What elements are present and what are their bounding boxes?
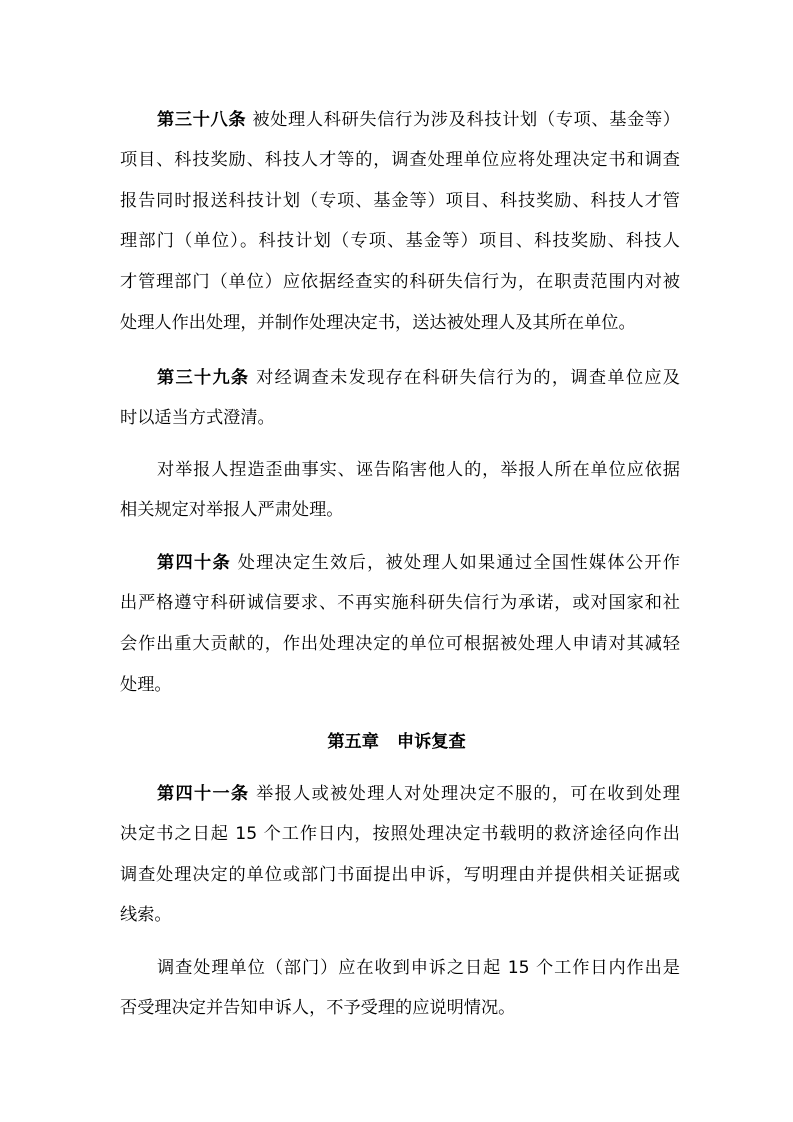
article-38-title: 第三十八条	[157, 110, 246, 130]
article-40-title: 第四十条	[157, 553, 231, 573]
article-38-line-3: 报告同时报送科技计划（专项、基金等）项目、科技奖励、科技人才管	[120, 189, 680, 213]
article-41-line-4: 线索。	[120, 903, 680, 927]
text: 被处理人科研失信行为涉及科技计划（专项、基金等）	[246, 110, 680, 130]
article-39-para2-line-1: 对举报人捏造歪曲事实、诬告陷害他人的，举报人所在单位应依据	[157, 458, 680, 482]
chapter-heading: 第五章申诉复查	[0, 730, 793, 754]
article-38-line-4: 理部门（单位）。科技计划（专项、基金等）项目、科技奖励、科技人	[120, 229, 680, 253]
article-39-line-2: 时以适当方式澄清。	[120, 406, 680, 430]
article-39-title: 第三十九条	[157, 368, 249, 388]
article-41-title: 第四十一条	[157, 784, 249, 804]
article-40-line-4: 处理。	[120, 673, 680, 697]
article-38-line-6: 处理人作出处理，并制作处理决定书，送达被处理人及其所在单位。	[120, 311, 680, 335]
text: 处理决定生效后，被处理人如果通过全国性媒体公开作	[231, 553, 680, 573]
article-41-para2-line-1: 调查处理单位（部门）应在收到申诉之日起 15 个工作日内作出是	[157, 956, 680, 980]
article-41-line-3: 调查处理决定的单位或部门书面提出申诉，写明理由并提供相关证据或	[120, 863, 680, 887]
article-41-line-1: 第四十一条 举报人或被处理人对处理决定不服的，可在收到处理	[157, 782, 680, 806]
article-40-line-1: 第四十条 处理决定生效后，被处理人如果通过全国性媒体公开作	[157, 551, 680, 575]
article-39-line-1: 第三十九条 对经调查未发现存在科研失信行为的，调查单位应及	[157, 366, 680, 390]
article-41-para2-line-2: 否受理决定并告知申诉人，不予受理的应说明情况。	[120, 996, 680, 1020]
article-40-line-2: 出严格遵守科研诚信要求、不再实施科研失信行为承诺，或对国家和社	[120, 591, 680, 615]
text: 举报人或被处理人对处理决定不服的，可在收到处理	[249, 784, 680, 804]
article-40-line-3: 会作出重大贡献的，作出处理决定的单位可根据被处理人申请对其减轻	[120, 632, 680, 656]
chapter-number: 第五章	[327, 732, 379, 752]
chapter-title: 申诉复查	[397, 732, 466, 752]
article-38-line-2: 项目、科技奖励、科技人才等的，调查处理单位应将处理决定书和调查	[120, 148, 680, 172]
article-38-line-5: 才管理部门（单位）应依据经查实的科研失信行为，在职责范围内对被	[120, 270, 680, 294]
text: 对经调查未发现存在科研失信行为的，调查单位应及	[249, 368, 680, 388]
article-41-line-2: 决定书之日起 15 个工作日内，按照处理决定书载明的救济途径向作出	[120, 822, 680, 846]
article-38-line-1: 第三十八条 被处理人科研失信行为涉及科技计划（专项、基金等）	[157, 108, 680, 132]
article-39-para2-line-2: 相关规定对举报人严肃处理。	[120, 498, 680, 522]
